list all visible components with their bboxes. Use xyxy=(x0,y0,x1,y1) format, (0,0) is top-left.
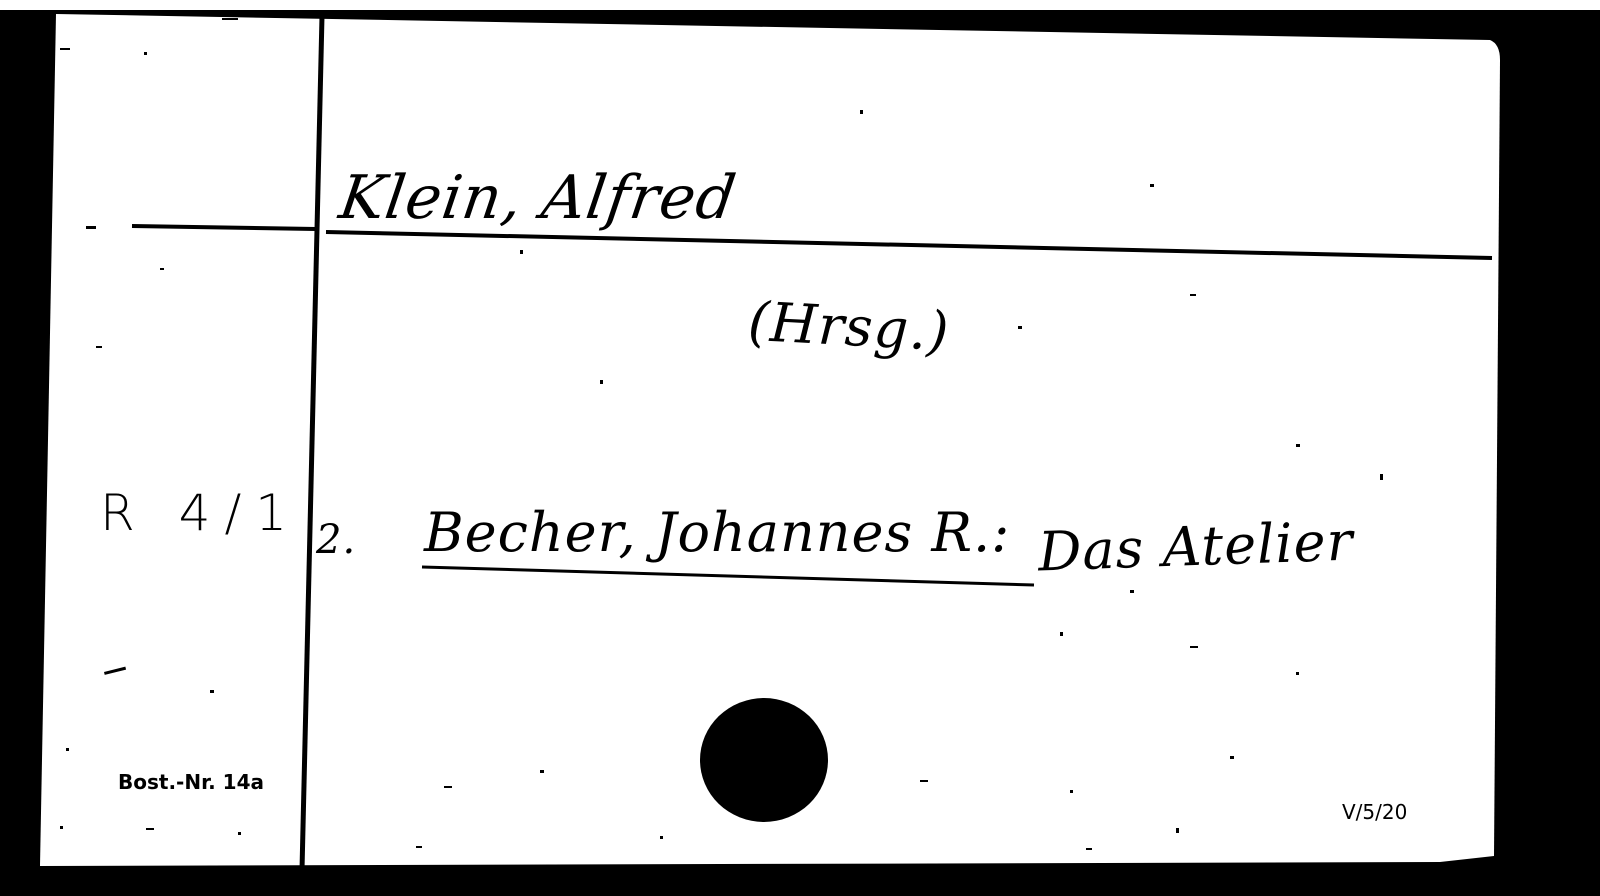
entry-author: Becher, Johannes R.: xyxy=(424,506,1010,560)
heading-name: Klein, Alfred xyxy=(336,168,740,228)
scan-bottom-edge xyxy=(0,866,1600,896)
shelfmark: R 4/1 xyxy=(100,488,301,538)
entry-index: 2. xyxy=(316,520,356,560)
punch-hole xyxy=(700,698,828,822)
card-shape-and-rules xyxy=(0,0,1600,896)
scanned-card-image: Klein, Alfred (Hrsg.) R 4/1 2. Becher, J… xyxy=(0,0,1600,896)
catalog-card: Klein, Alfred (Hrsg.) R 4/1 2. Becher, J… xyxy=(0,0,1600,896)
entry-title: Das Atelier xyxy=(1037,515,1354,580)
heading-role: (Hrsg.) xyxy=(747,295,951,359)
print-code: V/5/20 xyxy=(1342,802,1407,822)
form-number: Bost.-Nr. 14a xyxy=(118,772,264,792)
